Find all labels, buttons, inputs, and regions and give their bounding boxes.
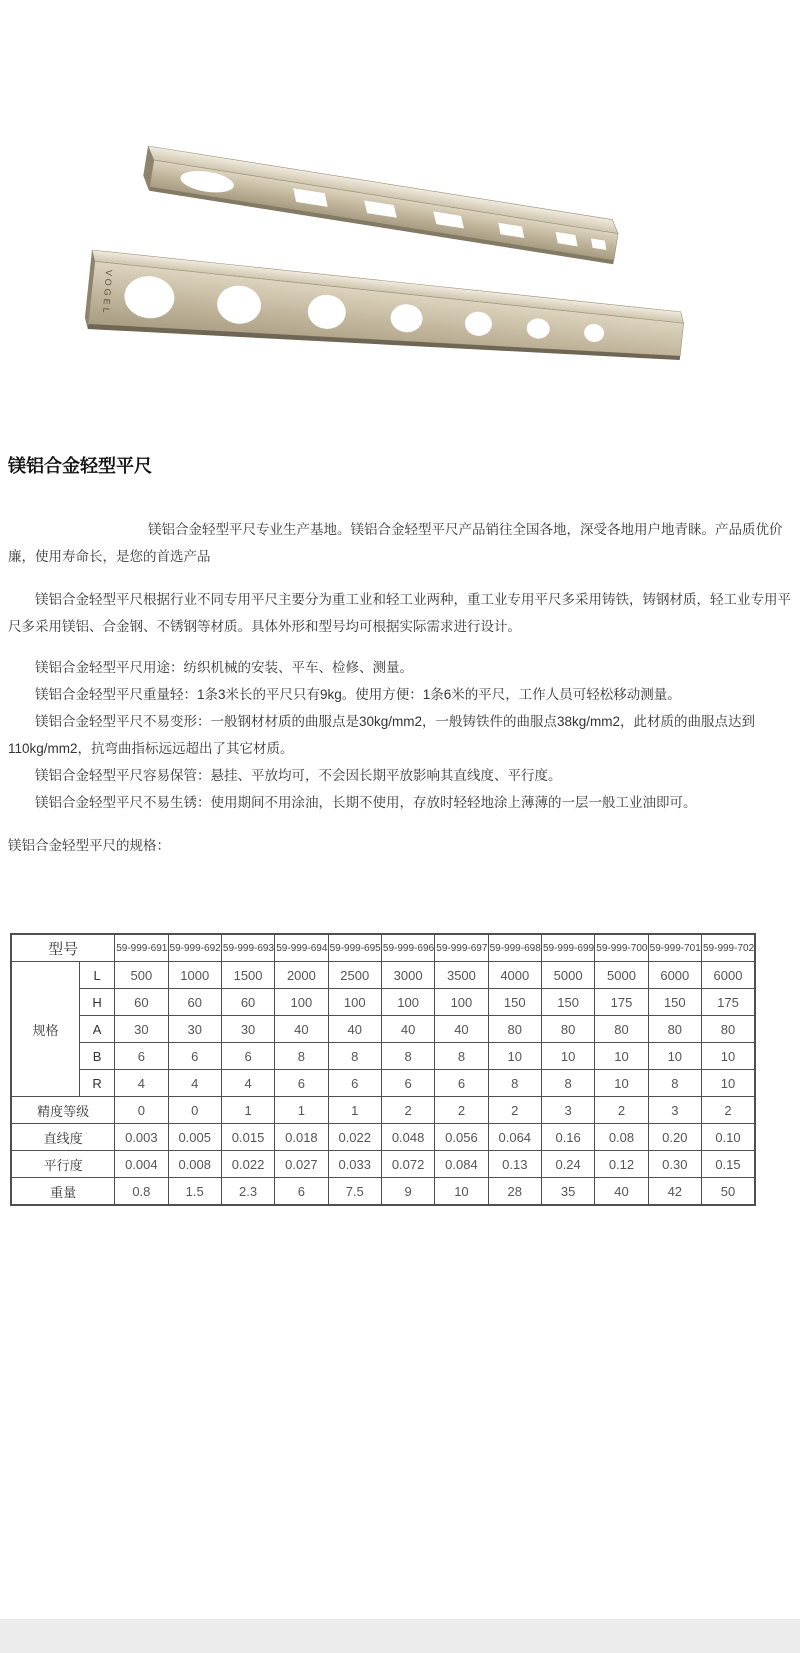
spec-value: 10 [595,1070,648,1097]
spec-value: 0.033 [328,1151,381,1178]
spec-value: 1000 [168,962,221,989]
ruler-bottom: VOGEL [84,250,685,391]
spec-value: 2500 [328,962,381,989]
spec-value: 6 [168,1043,221,1070]
spec-value: 5000 [541,962,594,989]
spec-value: 8 [435,1043,488,1070]
spec-dim-label: A [79,1016,114,1043]
spec-value: 40 [275,1016,328,1043]
model-number: 59-999-696 [381,934,434,962]
spec-value: 2 [381,1097,434,1124]
footer-bar [0,1619,800,1653]
spec-value: 0.056 [435,1124,488,1151]
spec-value: 100 [435,989,488,1016]
spec-value: 0.8 [115,1178,168,1206]
spec-value: 0.13 [488,1151,541,1178]
spec-table: 型号59-999-69159-999-69259-999-69359-999-6… [10,933,756,1206]
spec-value: 175 [595,989,648,1016]
spec-value: 6000 [648,962,701,989]
spec-value: 6 [328,1070,381,1097]
spec-value: 0.027 [275,1151,328,1178]
spec-value: 5000 [595,962,648,989]
spec-value: 10 [648,1043,701,1070]
spec-value: 3 [648,1097,701,1124]
spec-value: 6000 [701,962,755,989]
spec-value: 4 [221,1070,274,1097]
spec-value: 10 [701,1043,755,1070]
spec-value: 40 [328,1016,381,1043]
spec-value: 6 [435,1070,488,1097]
spec-value: 6 [115,1043,168,1070]
model-header-label: 型号 [11,934,115,962]
spec-value: 6 [275,1070,328,1097]
feature-no-deform: 镁铝合金轻型平尺不易变形：一般钢材材质的曲服点是30kg/mm2，一般铸铁件的曲… [8,708,792,762]
spec-row-label: 平行度 [11,1151,115,1178]
spec-value: 30 [115,1016,168,1043]
spec-value: 150 [541,989,594,1016]
spec-value: 0.24 [541,1151,594,1178]
spec-value: 2 [595,1097,648,1124]
spec-value: 150 [488,989,541,1016]
spec-row-label: 重量 [11,1178,115,1206]
spec-value: 100 [381,989,434,1016]
spec-value: 1 [221,1097,274,1124]
feature-usage: 镁铝合金轻型平尺用途：纺织机械的安装、平车、检修、测量。 [8,654,792,681]
spec-row-label: 精度等级 [11,1097,115,1124]
spec-value: 60 [168,989,221,1016]
spec-value: 4 [115,1070,168,1097]
spec-value: 10 [435,1178,488,1206]
model-number: 59-999-702 [701,934,755,962]
spec-value: 2 [488,1097,541,1124]
page-title: 镁铝合金轻型平尺 [8,454,792,478]
spec-value: 50 [701,1178,755,1206]
spec-value: 0.20 [648,1124,701,1151]
spec-value: 8 [648,1070,701,1097]
spec-value: 0.30 [648,1151,701,1178]
spec-value: 1 [275,1097,328,1124]
spec-value: 9 [381,1178,434,1206]
spec-value: 0.064 [488,1124,541,1151]
spec-dim-label: H [79,989,114,1016]
spec-value: 0.022 [221,1151,274,1178]
intro-paragraph: 镁铝合金轻型平尺专业生产基地。镁铝合金轻型平尺产品销往全国各地，深受各地用户地青… [8,516,792,570]
spec-value: 1500 [221,962,274,989]
spec-value: 0.048 [381,1124,434,1151]
spec-value: 0 [115,1097,168,1124]
spec-value: 175 [701,989,755,1016]
spec-value: 8 [541,1070,594,1097]
spec-value: 0.003 [115,1124,168,1151]
spec-value: 100 [328,989,381,1016]
spec-value: 80 [488,1016,541,1043]
spec-value: 0.004 [115,1151,168,1178]
spec-value: 0.16 [541,1124,594,1151]
industry-paragraph: 镁铝合金轻型平尺根据行业不同专用平尺主要分为重工业和轻工业两种，重工业专用平尺多… [8,586,792,640]
spec-value: 35 [541,1178,594,1206]
spec-value: 40 [595,1178,648,1206]
model-number: 59-999-692 [168,934,221,962]
spec-value: 80 [701,1016,755,1043]
spec-value: 1.5 [168,1178,221,1206]
feature-list: 镁铝合金轻型平尺用途：纺织机械的安装、平车、检修、测量。 镁铝合金轻型平尺重量轻… [8,654,792,816]
spec-value: 80 [595,1016,648,1043]
spec-value: 6 [275,1178,328,1206]
model-number: 59-999-701 [648,934,701,962]
model-number: 59-999-700 [595,934,648,962]
model-number: 59-999-697 [435,934,488,962]
spec-value: 8 [275,1043,328,1070]
feature-easy-storage: 镁铝合金轻型平尺容易保管：悬挂、平放均可，不会因长期平放影响其直线度、平行度。 [8,762,792,789]
spec-value: 2.3 [221,1178,274,1206]
spec-value: 2000 [275,962,328,989]
spec-value: 0 [168,1097,221,1124]
spec-value: 8 [488,1070,541,1097]
spec-value: 3 [541,1097,594,1124]
spec-value: 4000 [488,962,541,989]
spec-value: 0.072 [381,1151,434,1178]
spec-value: 0.12 [595,1151,648,1178]
feature-no-rust: 镁铝合金轻型平尺不易生锈：使用期间不用涂油，长期不使用，存放时轻轻地涂上薄薄的一… [8,789,792,816]
spec-value: 42 [648,1178,701,1206]
product-photo-graphic: VOGEL [0,0,800,440]
spec-value: 2 [701,1097,755,1124]
spec-value: 3500 [435,962,488,989]
spec-value: 10 [595,1043,648,1070]
spec-value: 0.10 [701,1124,755,1151]
spec-value: 0.022 [328,1124,381,1151]
model-number: 59-999-694 [275,934,328,962]
spec-row-label: 直线度 [11,1124,115,1151]
spec-value: 0.018 [275,1124,328,1151]
spec-value: 30 [221,1016,274,1043]
spec-value: 40 [435,1016,488,1043]
spec-value: 40 [381,1016,434,1043]
spec-value: 7.5 [328,1178,381,1206]
ruler-top [141,146,620,264]
spec-value: 8 [381,1043,434,1070]
spec-value: 2 [435,1097,488,1124]
spec-value: 10 [701,1070,755,1097]
spec-value: 1 [328,1097,381,1124]
spec-dim-label: B [79,1043,114,1070]
spec-group-label: 规格 [11,962,79,1097]
specs-intro: 镁铝合金轻型平尺的规格： [8,832,792,859]
spec-value: 0.015 [221,1124,274,1151]
spec-value: 8 [328,1043,381,1070]
model-number: 59-999-698 [488,934,541,962]
spec-value: 80 [648,1016,701,1043]
spec-dim-label: R [79,1070,114,1097]
model-number: 59-999-699 [541,934,594,962]
model-number: 59-999-695 [328,934,381,962]
spec-value: 0.084 [435,1151,488,1178]
spec-value: 4 [168,1070,221,1097]
product-photo: VOGEL [0,0,800,440]
spec-value: 10 [541,1043,594,1070]
spec-value: 10 [488,1043,541,1070]
spec-value: 28 [488,1178,541,1206]
model-number: 59-999-693 [221,934,274,962]
spec-value: 80 [541,1016,594,1043]
spec-value: 500 [115,962,168,989]
spec-value: 0.15 [701,1151,755,1178]
spec-value: 6 [381,1070,434,1097]
spec-value: 0.005 [168,1124,221,1151]
spec-value: 150 [648,989,701,1016]
feature-lightweight: 镁铝合金轻型平尺重量轻：1条3米长的平尺只有9kg。使用方便：1条6米的平尺，工… [8,681,792,708]
product-page: VOGEL 镁铝合金轻型平尺 镁铝合金轻型平尺专业生产基地。镁铝合金轻型平尺产品… [0,0,800,1653]
spec-value: 6 [221,1043,274,1070]
spec-value: 0.08 [595,1124,648,1151]
spec-value: 60 [115,989,168,1016]
spec-value: 60 [221,989,274,1016]
spec-dim-label: L [79,962,114,989]
spec-value: 100 [275,989,328,1016]
spec-value: 0.008 [168,1151,221,1178]
model-number: 59-999-691 [115,934,168,962]
spec-value: 3000 [381,962,434,989]
spec-value: 30 [168,1016,221,1043]
